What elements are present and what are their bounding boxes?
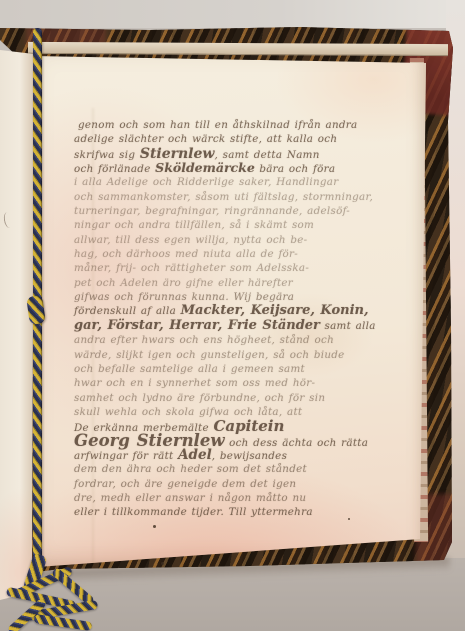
handwriting-text: genom och som han till en åthskilnad ifr… (78, 119, 357, 131)
text-line: andra efter hwars och ens högheet, stånd… (74, 333, 398, 347)
handwriting-text: adelige slächter och wärck stifte, att k… (74, 133, 337, 145)
text-line: turneringar, begrafningar, ringrännande,… (74, 204, 398, 218)
text-line: wärde, slijkt igen och gunsteligen, så o… (74, 348, 398, 362)
page-block-top-edge (28, 42, 448, 56)
manuscript-text: genom och som han till en åthskilnad ifr… (74, 118, 398, 520)
handwriting-text: wärde, slijkt igen och gunsteligen, så o… (74, 349, 345, 361)
cord-tangle (4, 552, 126, 631)
handwriting-text: skrifwa sig (74, 149, 140, 161)
text-line: adelige slächter och wärck stifte, att k… (74, 132, 398, 146)
handwriting-text: ningar och andra tillfällen, så i skämt … (74, 219, 314, 231)
ink-speck (161, 562, 164, 565)
text-line: måner, frij- och rättigheter som Adelssk… (74, 261, 398, 275)
scanner-background-top (0, 0, 465, 28)
handwriting-text: och dess ächta och rätta (225, 437, 369, 449)
text-line: fördenskull af alla Mackter, Keijsare, K… (74, 304, 398, 318)
ink-speck (153, 525, 156, 528)
text-line: Georg Stiernlew och dess ächta och rätta (74, 434, 398, 448)
text-line: och befalle samtelige alla i gemeen samt (74, 362, 398, 376)
text-line: ningar och andra tillfällen, så i skämt … (74, 218, 398, 232)
emphasized-word: Mackter, Keijsare, Konin, (181, 303, 369, 318)
text-line: skrifwa sig Stiernlew, samt detta Namn (74, 147, 398, 161)
handwriting-text: i alla Adelige och Ridderlige saker, Han… (74, 176, 338, 188)
text-line: i alla Adelige och Ridderlige saker, Han… (74, 175, 398, 189)
handwriting-text: bära och föra (255, 163, 335, 175)
text-line: arfwingar för rätt Adel, bewijsandes (74, 448, 398, 462)
handwriting-text: dre, medh eller answar i någon måtto nu (74, 492, 306, 504)
handwriting-text: gifwas och förunnas kunna. Wij begära (74, 291, 294, 303)
text-line: pet och Adelen äro gifne eller härefter (74, 276, 398, 290)
handwriting-text: allwar, till dess egen willja, nytta och… (74, 234, 307, 246)
handwriting-text: , samt detta Namn (214, 149, 319, 161)
handwriting-text: fördenskull af alla (74, 305, 181, 317)
text-line: och förlänade Sköldemärcke bära och föra (74, 161, 398, 175)
text-line: gar, Förstar, Herrar, Frie Ständer samt … (74, 319, 398, 333)
scanned-manuscript-photo: genom och som han till en åthskilnad ifr… (0, 0, 465, 631)
handwriting-text: och befalle samtelige alla i gemeen samt (74, 363, 305, 375)
text-line: dre, medh eller answar i någon måtto nu (74, 491, 398, 505)
handwriting-text: fordrar, och äre geneigde dem det igen (74, 478, 296, 490)
text-line: samhet och lydno äre förbundne, och för … (74, 391, 398, 405)
text-line: hwar och en i synnerhet som oss med hör- (74, 376, 398, 390)
handwriting-text: eller i tillkommande tijder. Till ytterm… (74, 506, 313, 518)
handwriting-text: pet och Adelen äro gifne eller härefter (74, 277, 293, 289)
handwriting-text: skull wehla och skola gifwa och låta, at… (74, 406, 302, 418)
handwriting-text: och sammankomster, såsom uti fältslag, s… (74, 191, 373, 203)
margin-pen-mark (3, 211, 15, 228)
handwriting-text: turneringar, begrafningar, ringrännande,… (74, 205, 350, 217)
text-line: fordrar, och äre geneigde dem det igen (74, 477, 398, 491)
text-line: och sammankomster, såsom uti fältslag, s… (74, 190, 398, 204)
handwriting-text: hwar och en i synnerhet som oss med hör- (74, 377, 315, 389)
handwriting-text: samhet och lydno äre förbundne, och för … (74, 392, 325, 404)
emphasized-word: Adel (178, 447, 212, 463)
text-line: allwar, till dess egen willja, nytta och… (74, 233, 398, 247)
handwriting-text: arfwingar för rätt (74, 450, 178, 462)
text-line: eller i tillkommande tijder. Till ytterm… (74, 505, 398, 519)
handwriting-text: måner, frij- och rättigheter som Adelssk… (74, 262, 309, 274)
emphasized-word: Sköldemärcke (155, 160, 255, 175)
handwriting-text: och förlänade (74, 163, 155, 175)
handwriting-text: , bewijsandes (212, 450, 287, 462)
text-line: hag, och därhoos med niuta alla de för- (74, 247, 398, 261)
handwriting-text: hag, och därhoos med niuta alla de för- (74, 248, 298, 260)
text-line: genom och som han till en åthskilnad ifr… (74, 118, 398, 132)
handwriting-text: andra efter hwars och ens högheet, stånd… (74, 334, 334, 346)
text-line: dem den ähra och heder som det ståndet (74, 462, 398, 476)
handwriting-text: dem den ähra och heder som det ståndet (74, 463, 307, 475)
emphasized-word: gar, Förstar, Herrar, Frie Ständer (74, 318, 320, 333)
handwriting-text: samt alla (320, 320, 376, 332)
cord-segment (34, 614, 93, 631)
